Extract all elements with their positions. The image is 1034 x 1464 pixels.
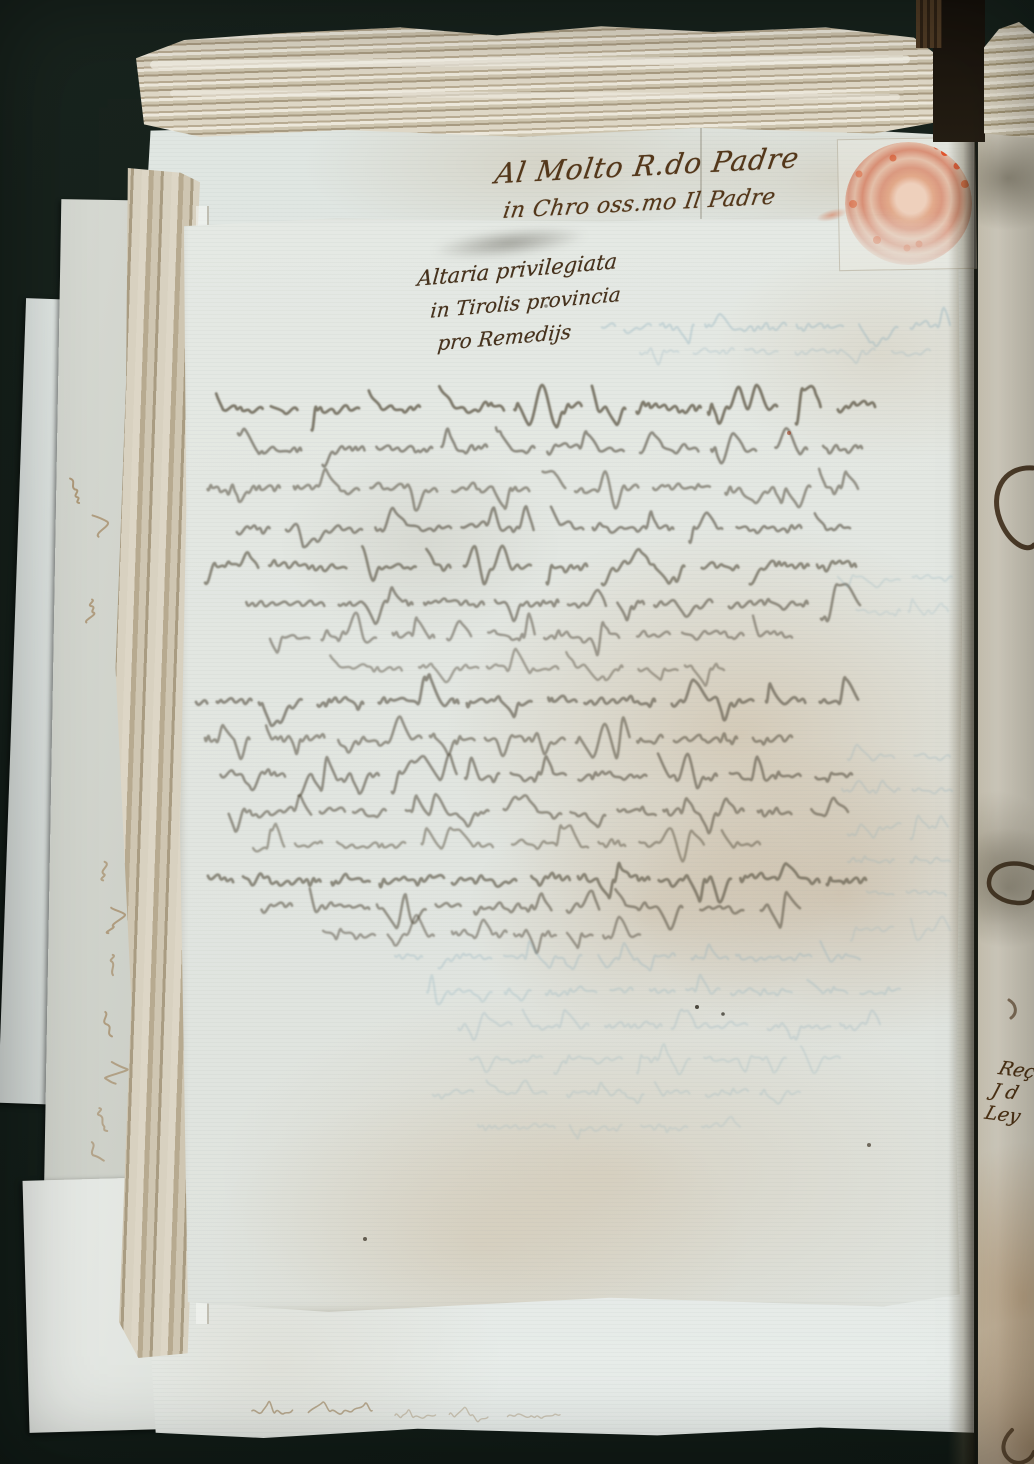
facing-page: Reç J d Ley [978,118,1034,1464]
facing-stack-top-edges [984,22,1034,138]
laid-paper-texture [180,214,962,1312]
letter-sheet [180,214,962,1312]
binding-gutter [948,120,982,1464]
binding-rod [916,0,942,48]
archive-photo: Al Molto R.do Padre in Chro oss.mo Il Pa… [0,0,1034,1464]
page-stack-top-edges [136,24,938,138]
facing-page-text-fragments: Reç J d Ley [982,1057,1034,1131]
fragment-line-3: Ley [982,1102,1034,1132]
paper-specks [0,0,2,2]
